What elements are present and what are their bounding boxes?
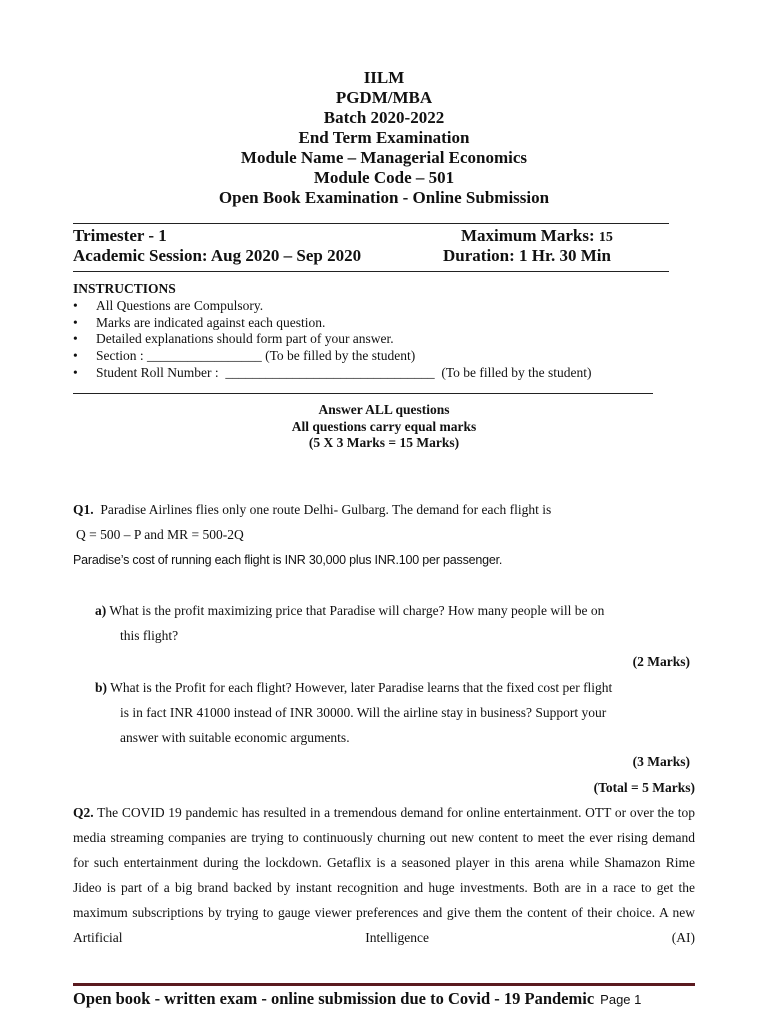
maximum-marks: Maximum Marks: 15	[461, 226, 613, 248]
instruction-text: Marks are indicated against each questio…	[96, 315, 325, 330]
trimester: Trimester - 1	[73, 226, 167, 245]
duration: Duration: 1 Hr. 30 Min	[443, 246, 611, 266]
meta-row-1: Trimester - 1 Maximum Marks: 15	[73, 226, 673, 246]
marks-summary-line: (5 X 3 Marks = 15 Marks)	[0, 435, 768, 452]
meta-row-2: Academic Session: Aug 2020 – Sep 2020 Du…	[73, 246, 673, 266]
institute-name: IILM	[0, 68, 768, 88]
divider-instructions	[73, 393, 653, 394]
bullet-icon: •	[73, 331, 78, 348]
instruction-item: •Marks are indicated against each questi…	[73, 315, 693, 332]
instruction-roll-number-field: •Student Roll Number : _________________…	[73, 365, 693, 382]
exam-page: IILM PGDM/MBA Batch 2020-2022 End Term E…	[0, 0, 768, 1024]
divider-top	[73, 223, 669, 224]
instruction-item: •All Questions are Compulsory.	[73, 298, 693, 315]
exam-mode: Open Book Examination - Online Submissio…	[0, 188, 768, 208]
instructions-title: INSTRUCTIONS	[73, 281, 693, 298]
q1a-question: a) What is the profit maximizing price t…	[95, 598, 693, 623]
q2-text: The COVID 19 pandemic has resulted in a …	[73, 805, 695, 945]
max-marks-label: Maximum Marks:	[461, 226, 599, 245]
equal-marks-line: All questions carry equal marks	[0, 419, 768, 436]
q1a-marks: (2 Marks)	[633, 654, 690, 670]
module-code: Module Code – 501	[0, 168, 768, 188]
instruction-text: Detailed explanations should form part o…	[96, 331, 394, 346]
q1a-label: a)	[95, 603, 106, 618]
q1b-question: b) What is the Profit for each flight? H…	[95, 675, 693, 700]
q1b-question-cont2: answer with suitable economic arguments.	[120, 725, 350, 750]
instruction-text: Section : _________________ (To be fille…	[96, 348, 415, 363]
q1-cost: Paradise’s cost of running each flight i…	[73, 548, 502, 573]
instruction-text: All Questions are Compulsory.	[96, 298, 263, 313]
bullet-icon: •	[73, 348, 78, 365]
instruction-item: •Detailed explanations should form part …	[73, 331, 693, 348]
instructions: INSTRUCTIONS •All Questions are Compulso…	[73, 281, 693, 382]
q2-label: Q2.	[73, 805, 94, 820]
divider-meta	[73, 271, 669, 272]
q1b-text: What is the Profit for each flight? Howe…	[110, 680, 612, 695]
q1a-question-cont: this flight?	[120, 623, 178, 648]
bullet-icon: •	[73, 298, 78, 315]
q1b-label: b)	[95, 680, 107, 695]
max-marks-value: 15	[599, 230, 613, 245]
q2-question: Q2. The COVID 19 pandemic has resulted i…	[73, 800, 695, 950]
page-number: Page 1	[600, 992, 641, 1007]
instruction-text: Student Roll Number : __________________…	[96, 365, 592, 380]
batch: Batch 2020-2022	[0, 108, 768, 128]
q1-intro: Q1. Paradise Airlines flies only one rou…	[73, 497, 703, 522]
q1-total-marks: (Total = 5 Marks)	[594, 780, 695, 796]
q1b-marks: (3 Marks)	[633, 754, 690, 770]
q1-label: Q1.	[73, 502, 94, 517]
bullet-icon: •	[73, 315, 78, 332]
answer-all-block: Answer ALL questions All questions carry…	[0, 402, 768, 452]
footer-divider	[73, 983, 695, 986]
instruction-section-field: •Section : _________________ (To be fill…	[73, 348, 693, 365]
footer-text: Open book - written exam - online submis…	[73, 989, 594, 1008]
program-name: PGDM/MBA	[0, 88, 768, 108]
q1-equation: Q = 500 – P and MR = 500-2Q	[76, 522, 244, 547]
exam-type: End Term Examination	[0, 128, 768, 148]
exam-header: IILM PGDM/MBA Batch 2020-2022 End Term E…	[0, 68, 768, 208]
q1-intro-text: Paradise Airlines flies only one route D…	[100, 502, 551, 517]
q1b-question-cont1: is in fact INR 41000 instead of INR 3000…	[120, 700, 693, 725]
academic-session: Academic Session: Aug 2020 – Sep 2020	[73, 246, 361, 265]
module-name: Module Name – Managerial Economics	[0, 148, 768, 168]
page-footer: Open book - written exam - online submis…	[73, 988, 695, 1011]
answer-all-line: Answer ALL questions	[0, 402, 768, 419]
q1a-text: What is the profit maximizing price that…	[109, 603, 604, 618]
bullet-icon: •	[73, 365, 78, 382]
